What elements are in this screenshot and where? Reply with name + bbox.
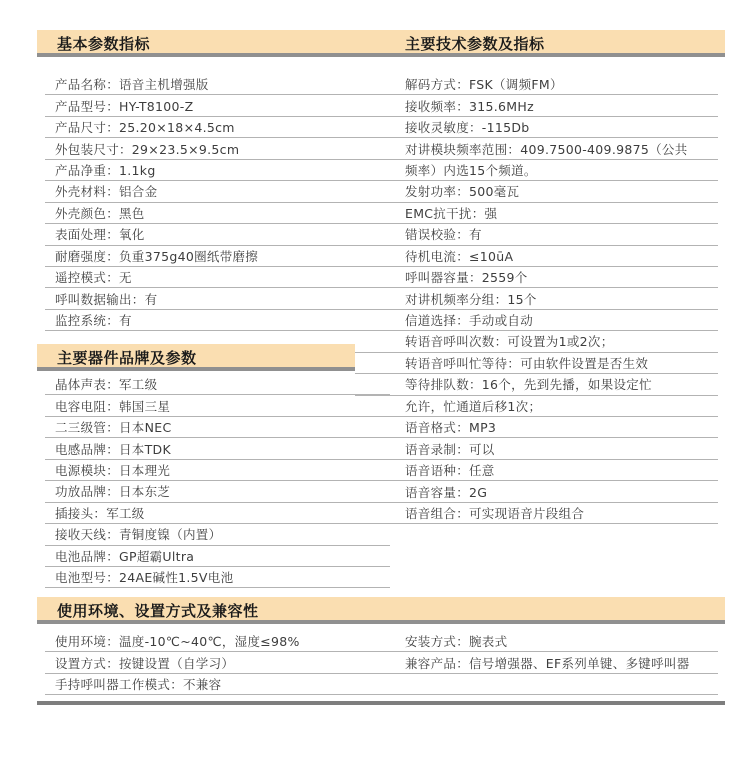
spec-row: 设置方式：按键设置（自学习）	[45, 652, 390, 673]
spec-row: 错误校验：有	[355, 224, 718, 245]
spec-row: 信道选择：手动或自动	[355, 310, 718, 331]
footer-divider	[37, 701, 725, 705]
components-section-header-bar: 主要器件品牌及参数	[37, 344, 355, 371]
spec-row: 语音容量：2G	[355, 481, 718, 502]
spec-row	[355, 674, 718, 695]
spec-row: 发射功率：500毫瓦	[355, 181, 718, 202]
spec-row: 产品型号：HY-T8100-Z	[45, 95, 390, 116]
usage-section-header-bar: 使用环境、设置方式及兼容性	[37, 597, 725, 624]
spec-row: 转语音呼叫次数：可设置为1或2次；	[355, 331, 718, 352]
spec-row: 接收天线：青铜度镍（内置）	[45, 524, 390, 545]
tech-section-title: 主要技术参数及指标	[405, 33, 545, 54]
spec-row: 电池型号：24AE碱性1.5V电池	[45, 567, 390, 588]
spec-row: 插接头：军工级	[45, 503, 390, 524]
spec-row: 电池品牌：GP超霸Ultra	[45, 546, 390, 567]
basic-section-title: 基本参数指标	[57, 33, 150, 54]
usage-section-title: 使用环境、设置方式及兼容性	[57, 600, 259, 621]
spec-row: 外包装尺寸：29×23.5×9.5cm	[45, 138, 390, 159]
spec-row: 功放品牌：日本东芝	[45, 481, 390, 502]
spec-row: 外壳材料：铝合金	[45, 181, 390, 202]
spec-row: 语音格式：MP3	[355, 417, 718, 438]
spec-row: 外壳颜色：黑色	[45, 203, 390, 224]
spec-row: 呼叫器容量：2559个	[355, 267, 718, 288]
spec-row: 转语音呼叫忙等待：可由软件设置是否生效	[355, 353, 718, 374]
spec-row: 语音组合：可实现语音片段组合	[355, 503, 718, 524]
spec-row: 接收频率：315.6MHz	[355, 95, 718, 116]
spec-row: 安装方式：腕表式	[355, 631, 718, 652]
spec-row: 电感品牌：日本TDK	[45, 438, 390, 459]
spec-row: 对讲机频率分组：15个	[355, 288, 718, 309]
spec-row: 频率）内选15个频道。	[355, 160, 718, 181]
spec-row: 语音录制：可以	[355, 438, 718, 459]
spec-row: 兼容产品：信号增强器、EF系列单键、多键呼叫器	[355, 652, 718, 673]
usage-left-table: 使用环境：温度-10℃~40℃，湿度≤98%设置方式：按键设置（自学习）手持呼叫…	[45, 631, 390, 695]
spec-row: 接收灵敏度：-115Db	[355, 117, 718, 138]
spec-row: 遥控模式：无	[45, 267, 390, 288]
spec-row: 手持呼叫器工作模式：不兼容	[45, 674, 390, 695]
spec-row: 耐磨强度：负重375g40圈纸带磨擦	[45, 246, 390, 267]
tech-params-table: 解码方式：FSK（调频FM）接收频率：315.6MHz接收灵敏度：-115Db对…	[355, 74, 718, 524]
product-spec-sheet: 基本参数指标 主要技术参数及指标 产品名称：语音主机增强版产品型号：HY-T81…	[0, 0, 755, 761]
spec-row: 允许，忙通道后移1次；	[355, 396, 718, 417]
spec-row: 晶体声表：军工级	[45, 374, 390, 395]
spec-row: 产品净重：1.1kg	[45, 160, 390, 181]
spec-row: 表面处理：氧化	[45, 224, 390, 245]
spec-row: 产品名称：语音主机增强版	[45, 74, 390, 95]
spec-row: 产品尺寸：25.20×18×4.5cm	[45, 117, 390, 138]
components-section-title: 主要器件品牌及参数	[57, 347, 197, 368]
spec-row: 电源模块：日本理光	[45, 460, 390, 481]
spec-row: 呼叫数据输出：有	[45, 288, 390, 309]
spec-row: 电容电阻：韩国三星	[45, 395, 390, 416]
basic-params-table: 产品名称：语音主机增强版产品型号：HY-T8100-Z产品尺寸：25.20×18…	[45, 74, 390, 331]
spec-row: EMC抗干扰：强	[355, 203, 718, 224]
spec-row: 待机电流：≤10ūA	[355, 246, 718, 267]
spec-row: 使用环境：温度-10℃~40℃，湿度≤98%	[45, 631, 390, 652]
spec-row: 对讲模块频率范围：409.7500-409.9875（公共	[355, 138, 718, 159]
spec-row: 监控系统：有	[45, 310, 390, 331]
spec-row: 二三级管：日本NEC	[45, 417, 390, 438]
spec-row: 等待排队数：16个，先到先播，如果设定忙	[355, 374, 718, 395]
components-table: 晶体声表：军工级电容电阻：韩国三星二三级管：日本NEC电感品牌：日本TDK电源模…	[45, 374, 390, 588]
spec-row: 解码方式：FSK（调频FM）	[355, 74, 718, 95]
top-section-header-bar: 基本参数指标 主要技术参数及指标	[37, 30, 725, 57]
usage-right-table: 安装方式：腕表式兼容产品：信号增强器、EF系列单键、多键呼叫器	[355, 631, 718, 695]
spec-row: 语音语种：任意	[355, 460, 718, 481]
